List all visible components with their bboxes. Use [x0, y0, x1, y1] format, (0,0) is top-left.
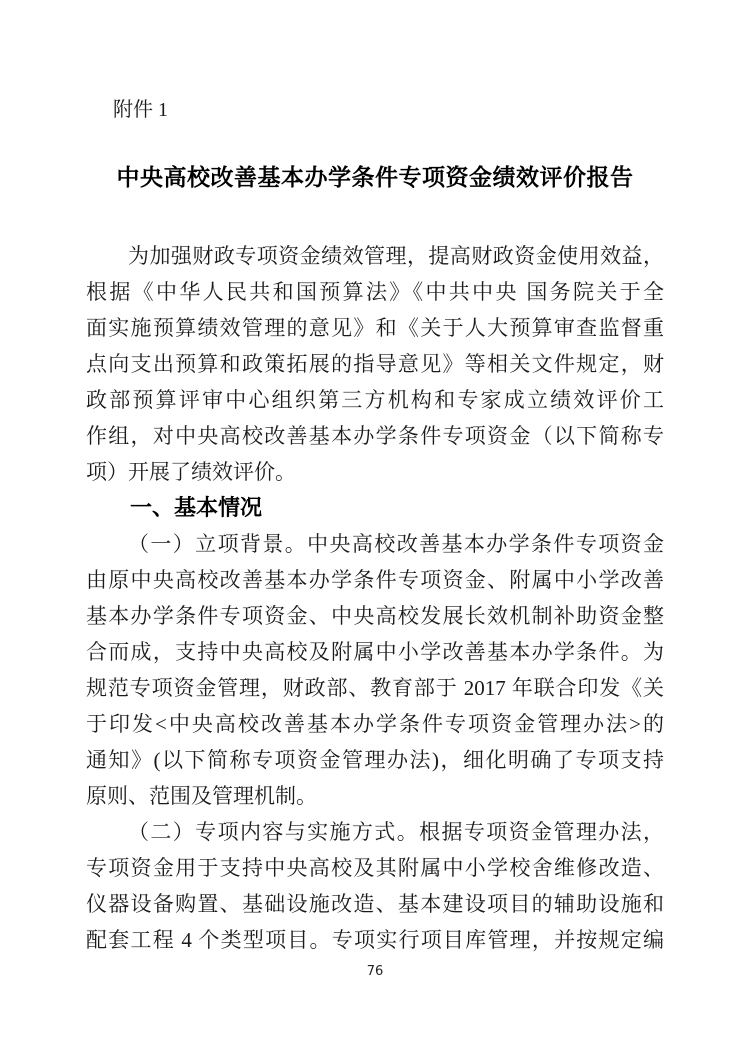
document-page: 附件 1 中央高校改善基本办学条件专项资金绩效评价报告 为加强财政专项资金绩效管…	[0, 0, 750, 1060]
text-line: 专项资金用于支持中央高校及其附属中小学校舍维修改造、	[86, 850, 664, 886]
text-line: 合而成，支持中央高校及附属中小学改善基本办学条件。为	[86, 634, 664, 670]
text-line: 基本办学条件专项资金、中央高校发展长效机制补助资金整	[86, 598, 664, 634]
paragraph-project-background: （一）立项背景。中央高校改善基本办学条件专项资金由原中央高校改善基本办学条件专项…	[86, 526, 664, 814]
paragraph-project-content: （二）专项内容与实施方式。根据专项资金管理办法，专项资金用于支持中央高校及其附属…	[86, 814, 664, 958]
text-line: 根据《中华人民共和国预算法》《中共中央 国务院关于全	[86, 274, 664, 310]
text-line: 配套工程 4 个类型项目。专项实行项目库管理，并按规定编	[86, 922, 664, 958]
text-line: 点向支出预算和政策拓展的指导意见》等相关文件规定，财	[86, 346, 664, 382]
text-line: 原则、范围及管理机制。	[86, 778, 664, 814]
text-line: 为加强财政专项资金绩效管理，提高财政资金使用效益，	[86, 238, 664, 274]
paragraph-intro: 为加强财政专项资金绩效管理，提高财政资金使用效益，根据《中华人民共和国预算法》《…	[86, 238, 664, 490]
text-line: （一）立项背景。中央高校改善基本办学条件专项资金	[86, 526, 664, 562]
text-line: 规范专项资金管理，财政部、教育部于 2017 年联合印发《关	[86, 670, 664, 706]
section-heading-basic-info: 一、基本情况	[86, 490, 664, 526]
text-line: 作组，对中央高校改善基本办学条件专项资金（以下简称专	[86, 418, 664, 454]
text-line: 面实施预算绩效管理的意见》和《关于人大预算审查监督重	[86, 310, 664, 346]
document-body: 为加强财政专项资金绩效管理，提高财政资金使用效益，根据《中华人民共和国预算法》《…	[86, 238, 664, 958]
annex-label: 附件 1	[113, 95, 168, 125]
page-number: 76	[0, 963, 750, 981]
document-title: 中央高校改善基本办学条件专项资金绩效评价报告	[0, 160, 750, 196]
text-line: 项）开展了绩效评价。	[86, 454, 664, 490]
text-line: 于印发<中央高校改善基本办学条件专项资金管理办法>的	[86, 706, 664, 742]
text-line: （二）专项内容与实施方式。根据专项资金管理办法，	[86, 814, 664, 850]
text-line: 通知》(以下简称专项资金管理办法)，细化明确了专项支持	[86, 742, 664, 778]
text-line: 政部预算评审中心组织第三方机构和专家成立绩效评价工	[86, 382, 664, 418]
text-line: 仪器设备购置、基础设施改造、基本建设项目的辅助设施和	[86, 886, 664, 922]
text-line: 由原中央高校改善基本办学条件专项资金、附属中小学改善	[86, 562, 664, 598]
